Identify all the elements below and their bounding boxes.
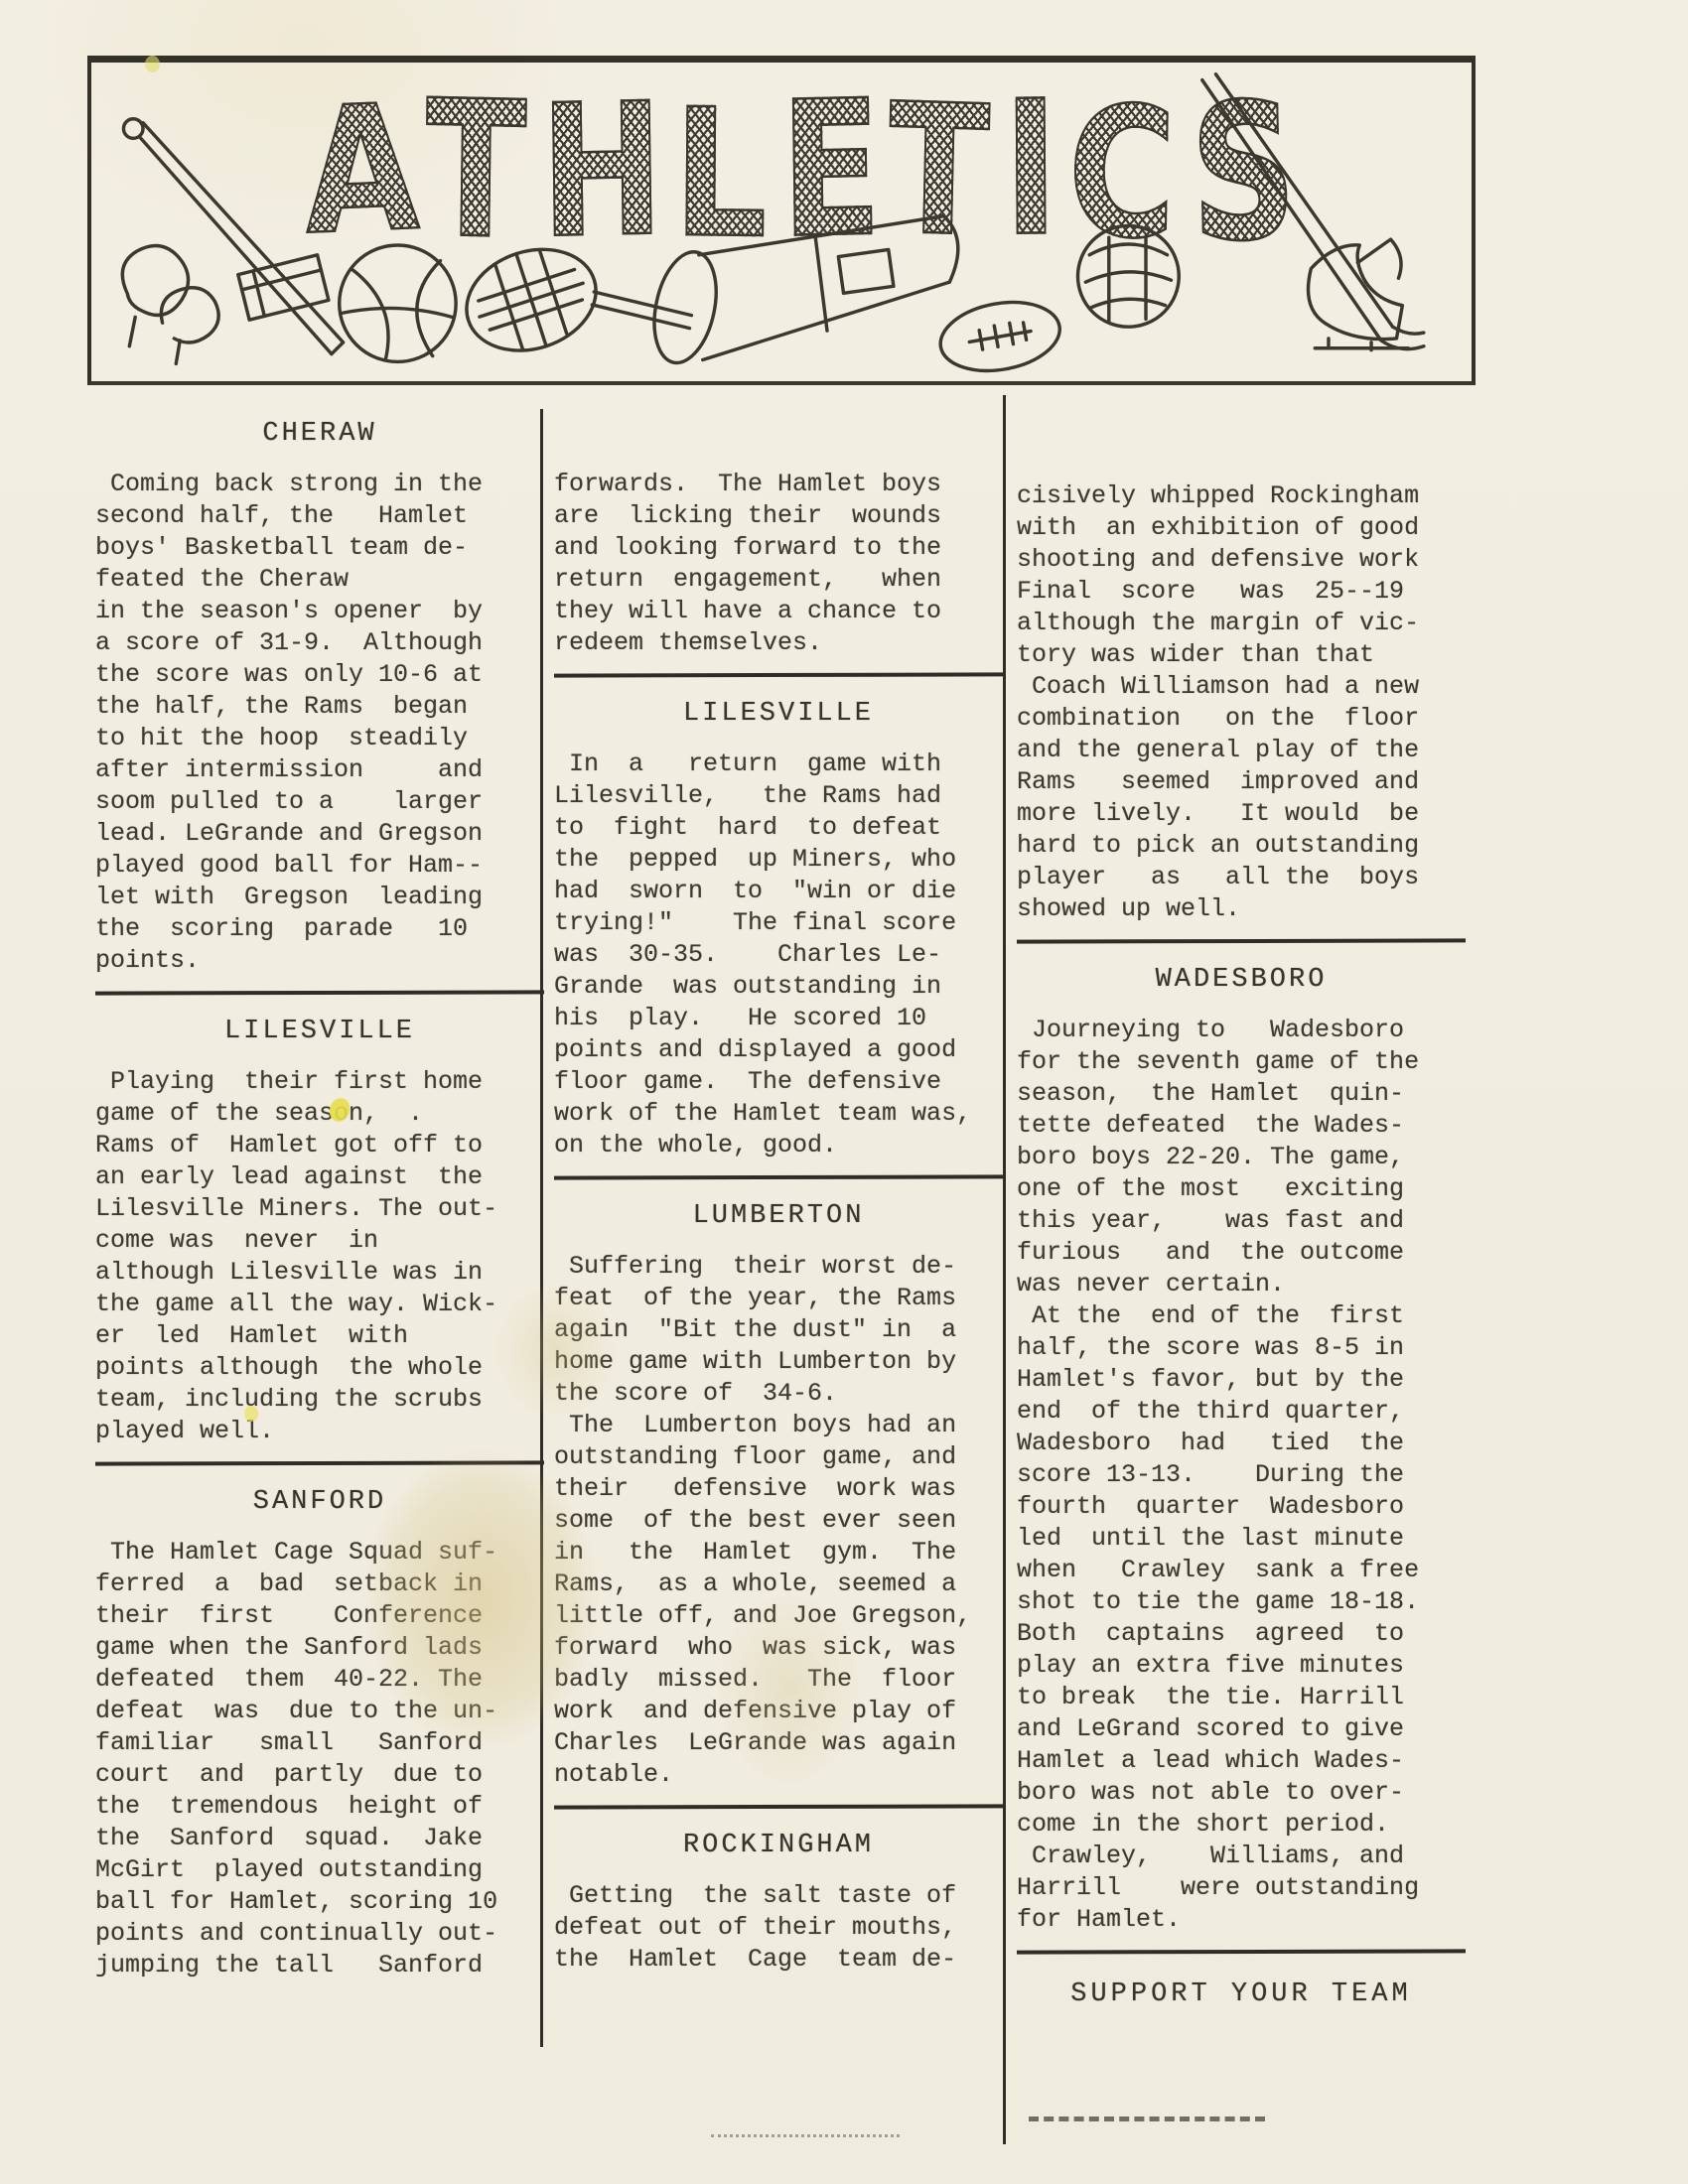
section-heading: LILESVILLE — [95, 1017, 544, 1046]
boxing-gloves-icon — [122, 246, 218, 364]
article-paragraph: Getting the salt taste of defeat out of … — [554, 1880, 1003, 1976]
header-letter: T — [888, 79, 992, 262]
pencil-mark — [711, 2134, 900, 2137]
header-letter: S — [1189, 77, 1298, 269]
article-section: LUMBERTON Suffering their worst de- feat… — [554, 1175, 1003, 1791]
article-paragraph: The Hamlet Cage Squad suf- ferred a bad … — [95, 1537, 544, 1981]
section-divider — [554, 1804, 1003, 1809]
article-section: SUPPORT YOUR TEAM — [1017, 1950, 1466, 2009]
pencil-mark — [1029, 2116, 1265, 2121]
article-paragraph: Suffering their worst de- feat of the ye… — [554, 1251, 1003, 1791]
article-section: LILESVILLE Playing their first home game… — [95, 991, 544, 1447]
section-divider — [95, 1460, 544, 1465]
article-section: forwards. The Hamlet boys are licking th… — [554, 469, 1003, 659]
section-heading: SUPPORT YOUR TEAM — [1017, 1979, 1466, 2009]
article-column-left: CHERAW Coming back strong in the second … — [95, 405, 544, 1987]
column-divider — [1003, 395, 1006, 2144]
article-section: LILESVILLE In a return game with Lilesvi… — [554, 673, 1003, 1161]
section-divider — [554, 1174, 1003, 1179]
football-icon — [935, 294, 1065, 380]
article-paragraph: forwards. The Hamlet boys are licking th… — [554, 469, 1003, 659]
article-section: WADESBORO Journeying to Wadesboro for th… — [1017, 939, 1466, 1936]
article-column-middle: forwards. The Hamlet boys are licking th… — [554, 405, 1003, 1981]
section-heading: SANFORD — [95, 1487, 544, 1517]
article-paragraph: Journeying to Wadesboro for the seventh … — [1017, 1015, 1466, 1936]
article-section: cisively whipped Rockingham with an exhi… — [1017, 480, 1466, 925]
header-letter: E — [779, 75, 883, 264]
header-letter: L — [672, 85, 768, 263]
article-paragraph: Playing their first home game of the sea… — [95, 1066, 544, 1447]
section-divider — [1017, 1949, 1466, 1954]
section-divider — [554, 672, 1003, 677]
section-heading: LUMBERTON — [554, 1201, 1003, 1231]
header-letter: I — [1003, 76, 1058, 262]
article-section: SANFORD The Hamlet Cage Squad suf- ferre… — [95, 1461, 544, 1981]
header-letter: T — [425, 75, 528, 266]
section-heading: LILESVILLE — [554, 699, 1003, 729]
section-heading: WADESBORO — [1017, 965, 1466, 995]
header-letter: H — [539, 78, 664, 263]
article-paragraph: Coming back strong in the second half, t… — [95, 469, 544, 977]
section-heading: CHERAW — [95, 419, 544, 449]
section-divider — [95, 990, 544, 995]
article-paragraph: cisively whipped Rockingham with an exhi… — [1017, 480, 1466, 925]
page-title: ATHLETICS — [302, 76, 1295, 285]
article-column-right: cisively whipped Rockingham with an exhi… — [1017, 405, 1466, 2029]
header-letter: A — [302, 81, 421, 259]
section-divider — [1017, 938, 1466, 943]
article-section: ROCKINGHAM Getting the salt taste of def… — [554, 1805, 1003, 1976]
article-paragraph: In a return game with Lilesville, the Ra… — [554, 749, 1003, 1161]
athletics-masthead: ATHLETICS — [87, 56, 1476, 385]
article-section: CHERAW Coming back strong in the second … — [95, 419, 544, 977]
ice-skate-icon — [1308, 239, 1408, 350]
section-heading: ROCKINGHAM — [554, 1831, 1003, 1860]
scanned-newspaper-page: ATHLETICS — [0, 0, 1688, 2184]
header-letter: C — [1066, 82, 1177, 264]
